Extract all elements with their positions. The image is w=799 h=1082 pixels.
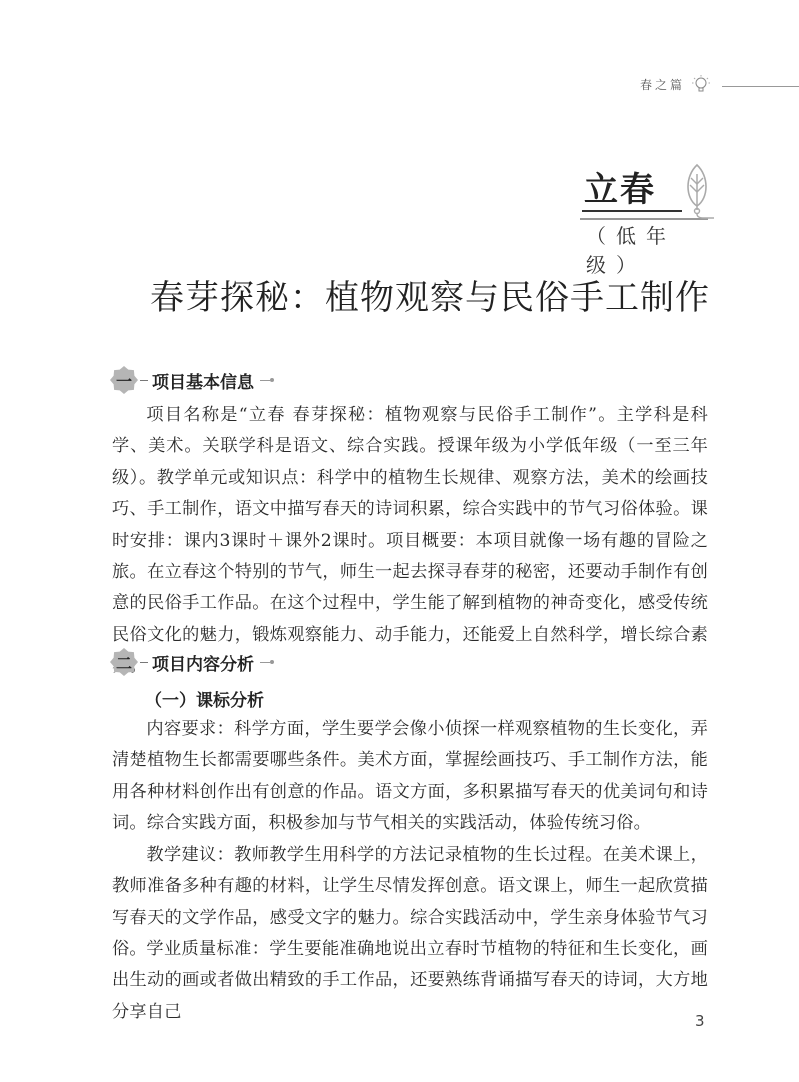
main-title: 春芽探秘：植物观察与民俗手工制作	[0, 270, 710, 319]
page-number: 3	[695, 1012, 705, 1030]
solar-term-heading: 立春 （低年级）	[580, 162, 720, 252]
section-tail-ornament	[260, 378, 274, 382]
running-head-rule	[722, 86, 799, 87]
connector-line	[140, 662, 148, 663]
section-tail-ornament	[260, 660, 274, 664]
section-title: 项目基本信息	[152, 368, 254, 393]
section-number: 一	[116, 369, 132, 392]
running-head-text: 春之篇	[640, 76, 685, 93]
solar-term-underline	[582, 210, 682, 212]
lightbulb-icon	[691, 74, 711, 94]
subsection-heading: （一）课标分析	[145, 686, 264, 711]
connector-line	[140, 380, 148, 381]
section-title: 项目内容分析	[152, 650, 254, 675]
solar-term-name: 立春	[584, 162, 656, 211]
paragraph-content-requirements: 内容要求：科学方面，学生要学会像小侦探一样观察植物的生长变化，弄清楚植物生长都需…	[112, 714, 708, 840]
section-number-badge: 一	[110, 366, 138, 394]
section-number-badge: 二	[110, 648, 138, 676]
paragraph-basic-info: 项目名称是“立春 春芽探秘：植物观察与民俗手工制作”。主学科是科学、美术。关联学…	[112, 400, 708, 683]
section-heading-content-analysis: 二 项目内容分析	[110, 648, 274, 676]
running-head: 春之篇	[640, 74, 711, 94]
section-number: 二	[116, 651, 132, 674]
leaf-icon	[680, 162, 714, 220]
paragraph-quality-standards: 学业质量标准：学生要能准确地说出立春时节植物的特征和生长变化，画出生动的画或者做…	[112, 934, 708, 1028]
section-heading-basic-info: 一 项目基本信息	[110, 366, 274, 394]
